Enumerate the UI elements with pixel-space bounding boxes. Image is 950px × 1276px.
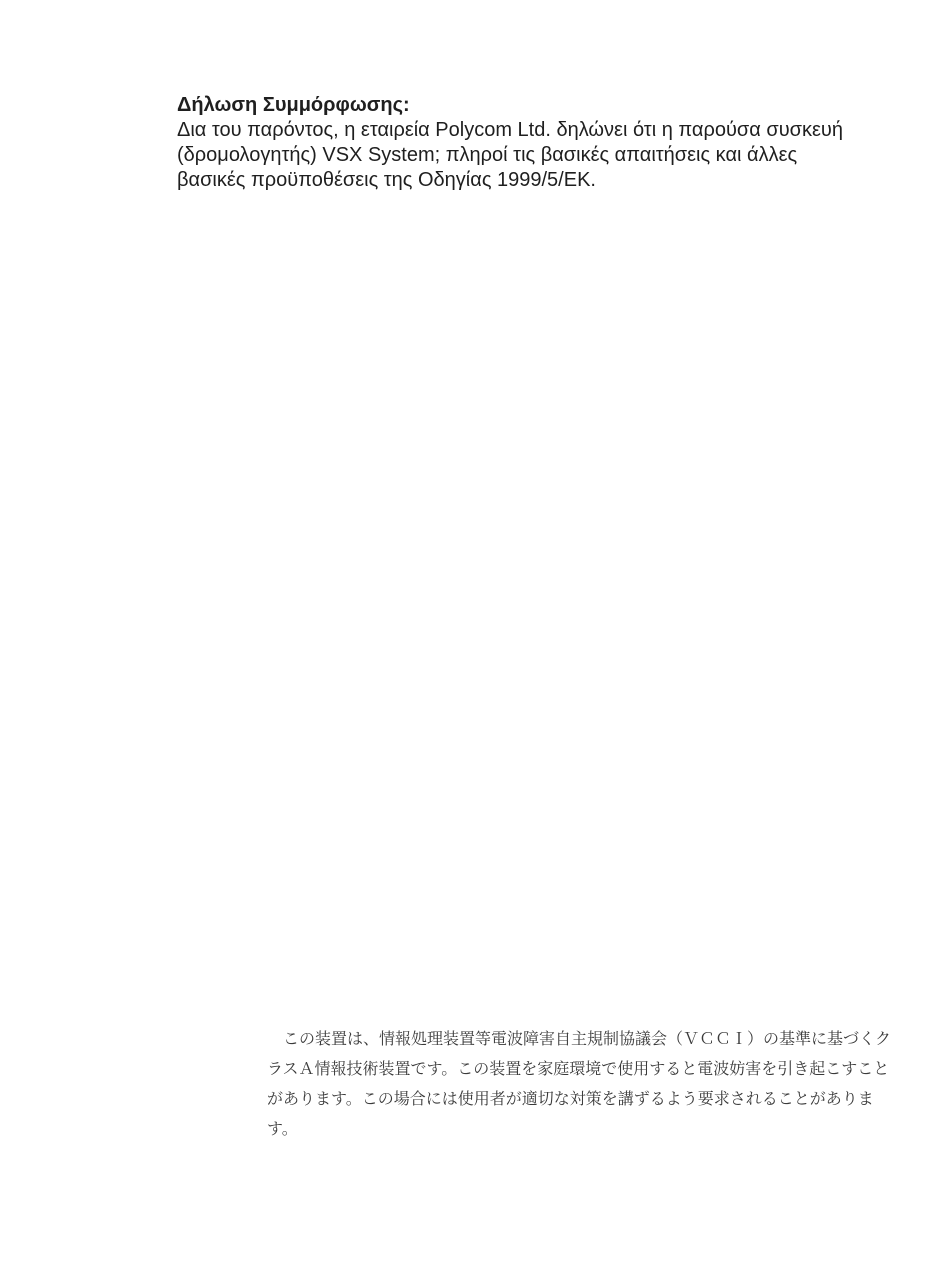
vcci-notice-line-3: があります。この場合には使用者が適切な対策を講ずるよう要求されることがありま — [267, 1084, 893, 1114]
greek-declaration-line-1: Δια του παρόντος, η εταιρεία Polycom Ltd… — [177, 118, 917, 143]
greek-declaration-title: Δήλωση Συμμόρφωσης: — [177, 93, 917, 118]
greek-declaration-section: Δήλωση Συμμόρφωσης: Δια του παρόντος, η … — [177, 93, 917, 193]
vcci-notice-line-1: この装置は、情報処理装置等電波障害自主規制協議会（ＶＣＣＩ）の基準に基づくク — [267, 1024, 893, 1054]
vcci-notice-line-4: す。 — [267, 1114, 893, 1144]
document-page: Δήλωση Συμμόρφωσης: Δια του παρόντος, η … — [0, 0, 950, 1276]
greek-declaration-line-2: (δρομολογητής) VSX System; πληροί τις βα… — [177, 143, 917, 168]
vcci-notice-line-2: ラスＡ情報技術装置です。この装置を家庭環境で使用すると電波妨害を引き起こすこと — [267, 1054, 893, 1084]
greek-declaration-line-3: βασικές προϋποθέσεις της Οδηγίας 1999/5/… — [177, 168, 917, 193]
japanese-vcci-notice-section: この装置は、情報処理装置等電波障害自主規制協議会（ＶＣＣＩ）の基準に基づくク ラ… — [267, 1024, 893, 1144]
